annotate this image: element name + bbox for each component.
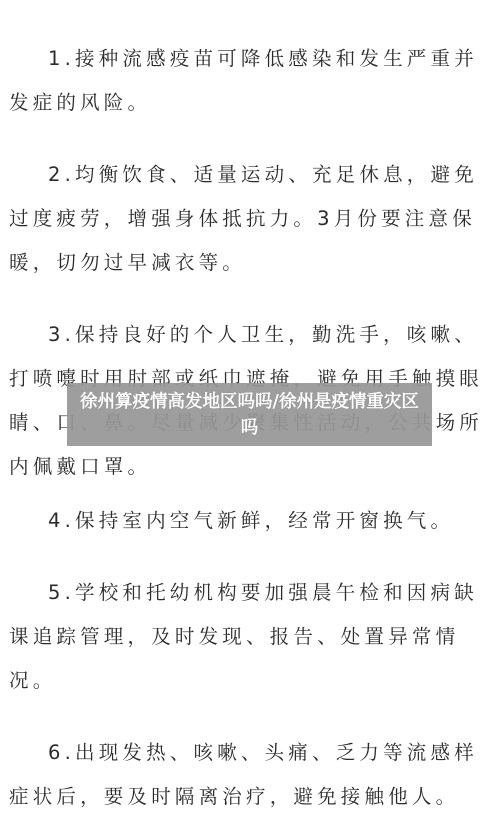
paragraph-4: 4.保持室内空气新鲜，经常开窗换气。 [9, 499, 491, 543]
paragraph-5: 5.学校和托幼机构要加强晨午检和因病缺课追踪管理，及时发现、报告、处置异常情况。 [9, 571, 491, 703]
title-overlay-banner: 徐州算疫情高发地区吗吗/徐州是疫情重灾区吗 [67, 383, 432, 446]
paragraph-2: 2.均衡饮食、适量运动、充足休息，避免过度疲劳，增强身体抵抗力。3月份要注意保暖… [9, 153, 491, 285]
overlay-title: 徐州算疫情高发地区吗吗/徐州是疫情重灾区吗 [80, 389, 420, 441]
paragraph-6: 6.出现发热、咳嗽、头痛、乏力等流感样症状后，要及时隔离治疗，避免接触他人。 [9, 731, 491, 819]
paragraph-1: 1.接种流感疫苗可降低感染和发生严重并发症的风险。 [9, 37, 491, 125]
